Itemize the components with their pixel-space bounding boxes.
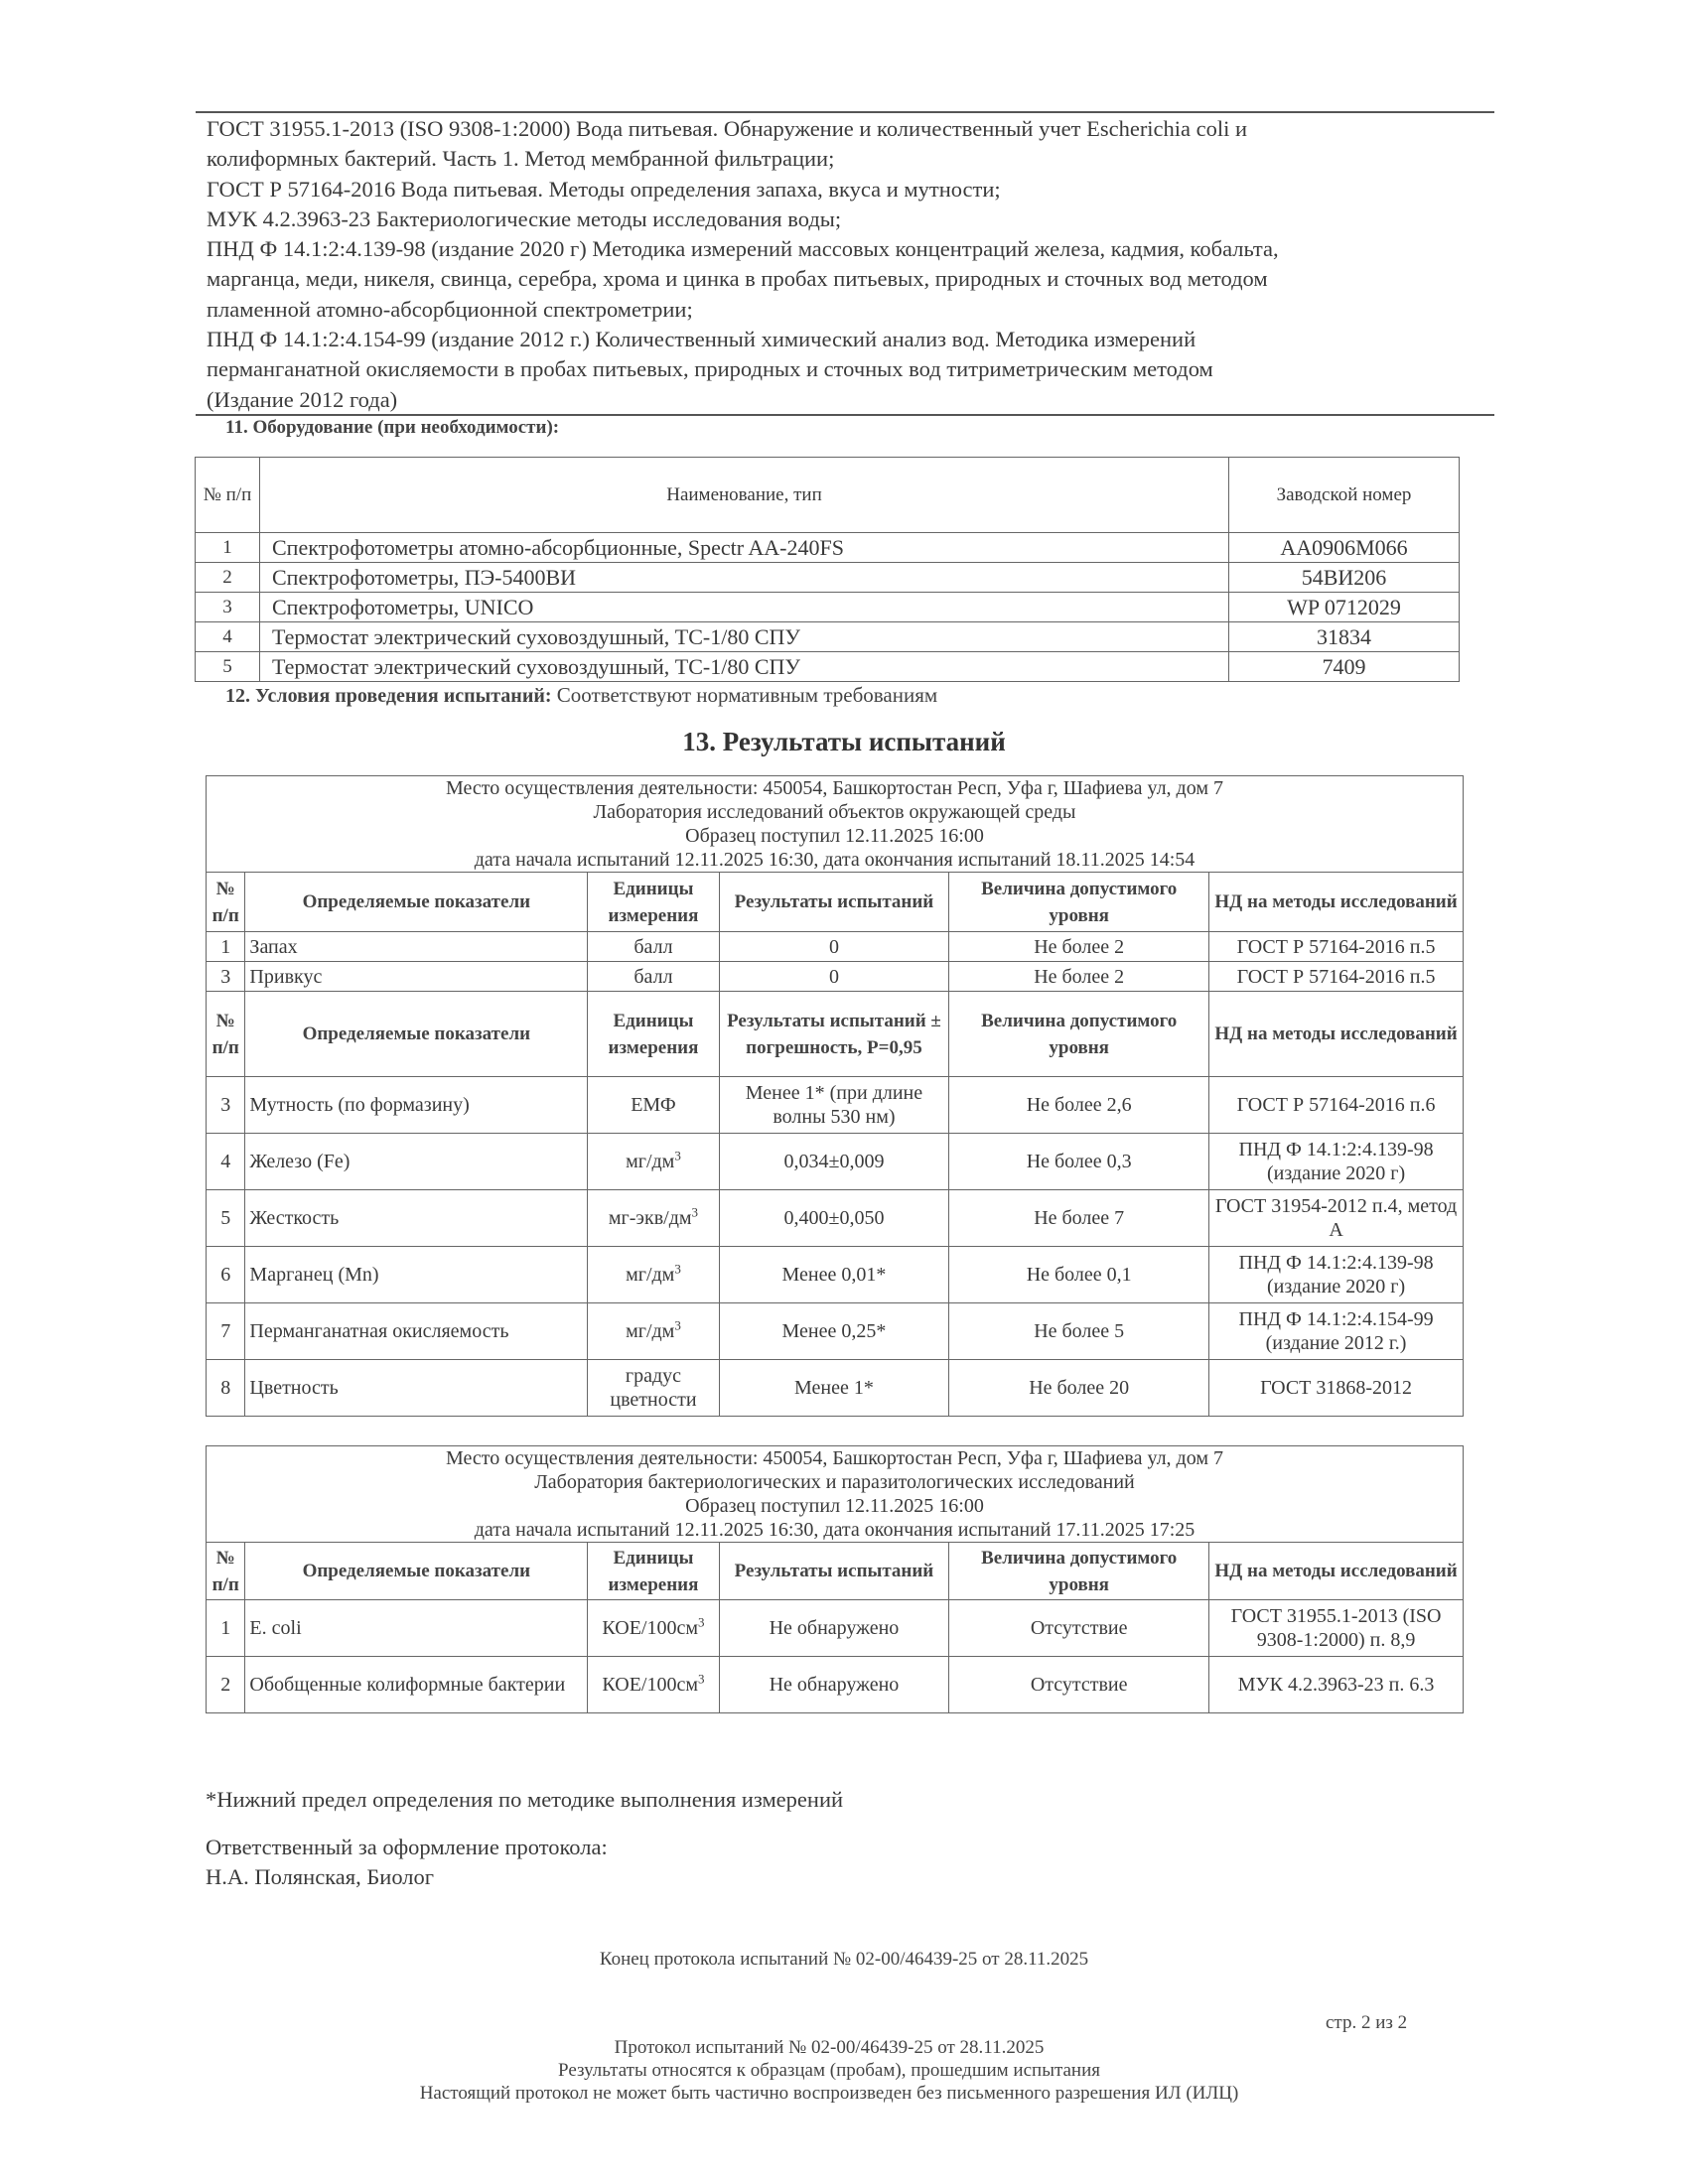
row-unit: мг/дм3 [588, 1134, 719, 1190]
row-indicator: Мутность (по формазину) [245, 1077, 588, 1134]
footer-line-1: Протокол испытаний № 02-00/46439-25 от 2… [0, 2037, 1658, 2059]
equipment-serial: AA0906M066 [1229, 533, 1460, 563]
equipment-num: 5 [196, 652, 260, 682]
lab-info: Место осуществления деятельности: 450054… [207, 1446, 1464, 1543]
lab-place: Место осуществления деятельности: 450054… [211, 776, 1459, 800]
unit-text: ЕМФ [631, 1094, 676, 1116]
equipment-row: 1Спектрофотометры атомно-абсорбционные, … [196, 533, 1460, 563]
col-unit: Единицы измерения [588, 992, 719, 1077]
lab-name: Лаборатория бактериологических и паразит… [211, 1470, 1459, 1494]
col-indicator: Определяемые показатели [245, 992, 588, 1077]
unit-text: балл [633, 936, 672, 958]
row-result: 0,400±0,050 [719, 1190, 949, 1247]
row-limit: Отсутствие [949, 1600, 1209, 1657]
lab-info-row: Место осуществления деятельности: 450054… [207, 1446, 1464, 1543]
result-row: 5Жесткостьмг-экв/дм30,400±0,050Не более … [207, 1190, 1464, 1247]
row-method: ГОСТ 31955.1-2013 (ISO 9308-1:2000) п. 8… [1209, 1600, 1464, 1657]
unit-superscript: 3 [674, 1317, 681, 1332]
normative-ref-line: ГОСТ 31955.1-2013 (ISO 9308-1:2000) Вода… [207, 114, 1487, 144]
normative-ref-line: марганца, меди, никеля, свинца, серебра,… [207, 264, 1487, 294]
row-limit: Не более 7 [949, 1190, 1209, 1247]
unit-superscript: 3 [674, 1261, 681, 1276]
header-serial: Заводской номер [1229, 458, 1460, 533]
unit-superscript: 3 [674, 1148, 681, 1162]
row-indicator: Железо (Fe) [245, 1134, 588, 1190]
equipment-name: Спектрофотометры атомно-абсорбционные, S… [260, 533, 1229, 563]
unit-text: мг/дм [626, 1320, 674, 1342]
lab-info: Место осуществления деятельности: 450054… [207, 776, 1464, 873]
col-indicator: Определяемые показатели [245, 873, 588, 932]
row-method: МУК 4.2.3963-23 п. 6.3 [1209, 1657, 1464, 1713]
row-indicator: Привкус [245, 962, 588, 992]
normative-ref-line: перманганатной окисляемости в пробах пит… [207, 354, 1487, 384]
row-limit: Не более 5 [949, 1303, 1209, 1360]
results-table-2: Место осуществления деятельности: 450054… [206, 1445, 1464, 1713]
unit-text: мг/дм [626, 1264, 674, 1286]
refs-bottom-rule [196, 414, 1494, 416]
row-limit: Не более 0,3 [949, 1134, 1209, 1190]
equipment-serial: 7409 [1229, 652, 1460, 682]
row-result: Менее 0,01* [719, 1247, 949, 1303]
section-12-label: 12. Условия проведения испытаний: [225, 685, 552, 707]
row-unit: балл [588, 932, 719, 962]
col-method: НД на методы исследований [1209, 992, 1464, 1077]
row-unit: мг-экв/дм3 [588, 1190, 719, 1247]
row-limit: Отсутствие [949, 1657, 1209, 1713]
row-limit: Не более 2,6 [949, 1077, 1209, 1134]
unit-text: КОЕ/100см [602, 1617, 698, 1639]
equipment-row: 3Спектрофотометры, UNICOWP 0712029 [196, 593, 1460, 622]
unit-superscript: 3 [698, 1614, 705, 1629]
equipment-name: Спектрофотометры, ПЭ-5400ВИ [260, 563, 1229, 593]
row-num: 7 [207, 1303, 245, 1360]
header-num: № п/п [196, 458, 260, 533]
sample-received: Образец поступил 12.11.2025 16:00 [211, 1494, 1459, 1518]
test-dates: дата начала испытаний 12.11.2025 16:30, … [211, 848, 1459, 872]
col-result: Результаты испытаний ± погрешность, Р=0,… [719, 992, 949, 1077]
equipment-serial: 54ВИ206 [1229, 563, 1460, 593]
row-method: ГОСТ 31868-2012 [1209, 1360, 1464, 1417]
responsible-label: Ответственный за оформление протокола: [206, 1835, 608, 1860]
row-indicator: Жесткость [245, 1190, 588, 1247]
row-num: 8 [207, 1360, 245, 1417]
row-unit: ЕМФ [588, 1077, 719, 1134]
row-unit: КОЕ/100см3 [588, 1600, 719, 1657]
row-result: 0,034±0,009 [719, 1134, 949, 1190]
result-row: 8Цветностьградус цветностиМенее 1*Не бол… [207, 1360, 1464, 1417]
row-num: 1 [207, 1600, 245, 1657]
footer-line-2: Результаты относятся к образцам (пробам)… [0, 2060, 1658, 2082]
row-num: 1 [207, 932, 245, 962]
section-11-heading: 11. Оборудование (при необходимости): [225, 417, 559, 438]
row-limit: Не более 20 [949, 1360, 1209, 1417]
equipment-num: 3 [196, 593, 260, 622]
col-method: НД на методы исследований [1209, 873, 1464, 932]
row-method: ГОСТ Р 57164-2016 п.5 [1209, 962, 1464, 992]
row-unit: КОЕ/100см3 [588, 1657, 719, 1713]
row-indicator: Цветность [245, 1360, 588, 1417]
col-result: Результаты испытаний [719, 1543, 949, 1600]
equipment-row: 2Спектрофотометры, ПЭ-5400ВИ54ВИ206 [196, 563, 1460, 593]
result-row: 1Запахбалл0Не более 2ГОСТ Р 57164-2016 п… [207, 932, 1464, 962]
col-unit: Единицы измерения [588, 1543, 719, 1600]
row-indicator: E. coli [245, 1600, 588, 1657]
equipment-name: Термостат электрический суховоздушный, Т… [260, 622, 1229, 652]
row-indicator: Перманганатная окисляемость [245, 1303, 588, 1360]
equipment-row: 4Термостат электрический суховоздушный, … [196, 622, 1460, 652]
header-name: Наименование, тип [260, 458, 1229, 533]
equipment-table: № п/п Наименование, тип Заводской номер … [195, 457, 1460, 682]
equipment-num: 2 [196, 563, 260, 593]
row-num: 5 [207, 1190, 245, 1247]
col-unit: Единицы измерения [588, 873, 719, 932]
normative-references: ГОСТ 31955.1-2013 (ISO 9308-1:2000) Вода… [207, 114, 1487, 415]
row-num: 2 [207, 1657, 245, 1713]
normative-ref-line: ГОСТ Р 57164-2016 Вода питьевая. Методы … [207, 175, 1487, 205]
equipment-num: 4 [196, 622, 260, 652]
unit-superscript: 3 [692, 1204, 699, 1219]
row-method: ГОСТ 31954-2012 п.4, метод А [1209, 1190, 1464, 1247]
unit-text: КОЕ/100см [602, 1674, 698, 1696]
results-header-row: № п/пОпределяемые показателиЕдиницы изме… [207, 1543, 1464, 1600]
row-method: ПНД Ф 14.1:2:4.154-99 (издание 2012 г.) [1209, 1303, 1464, 1360]
row-num: 4 [207, 1134, 245, 1190]
row-method: ГОСТ Р 57164-2016 п.6 [1209, 1077, 1464, 1134]
col-num: № п/п [207, 1543, 245, 1600]
col-num: № п/п [207, 873, 245, 932]
row-result: 0 [719, 932, 949, 962]
unit-text: мг/дм [626, 1151, 674, 1172]
lab-place: Место осуществления деятельности: 450054… [211, 1446, 1459, 1470]
footnote: *Нижний предел определения по методике в… [206, 1787, 843, 1813]
section-12: 12. Условия проведения испытаний: Соотве… [225, 683, 937, 708]
row-unit: мг/дм3 [588, 1247, 719, 1303]
row-result: Менее 0,25* [719, 1303, 949, 1360]
row-num: 3 [207, 1077, 245, 1134]
results-header-row: № п/пОпределяемые показателиЕдиницы изме… [207, 873, 1464, 932]
result-row: 4Железо (Fe)мг/дм30,034±0,009Не более 0,… [207, 1134, 1464, 1190]
section-12-value: Соответствуют нормативным требованиям [552, 683, 938, 707]
result-row: 3Привкусбалл0Не более 2ГОСТ Р 57164-2016… [207, 962, 1464, 992]
footer-line-3: Настоящий протокол не может быть частичн… [0, 2083, 1658, 2105]
row-method: ПНД Ф 14.1:2:4.139-98 (издание 2020 г) [1209, 1134, 1464, 1190]
row-num: 3 [207, 962, 245, 992]
row-limit: Не более 2 [949, 932, 1209, 962]
test-dates: дата начала испытаний 12.11.2025 16:30, … [211, 1518, 1459, 1542]
sample-received: Образец поступил 12.11.2025 16:00 [211, 824, 1459, 848]
lab-name: Лаборатория исследований объектов окружа… [211, 800, 1459, 824]
col-limit: Величина допустимого уровня [949, 992, 1209, 1077]
col-indicator: Определяемые показатели [245, 1543, 588, 1600]
col-method: НД на методы исследований [1209, 1543, 1464, 1600]
results-header-row: № п/пОпределяемые показателиЕдиницы изме… [207, 992, 1464, 1077]
top-rule [196, 111, 1494, 113]
row-result: Менее 1* [719, 1360, 949, 1417]
unit-text: градус цветности [610, 1365, 696, 1411]
row-unit: градус цветности [588, 1360, 719, 1417]
normative-ref-line: колиформных бактерий. Часть 1. Метод мем… [207, 144, 1487, 174]
result-row: 1E. coliКОЕ/100см3Не обнаруженоОтсутстви… [207, 1600, 1464, 1657]
row-result: Не обнаружено [719, 1600, 949, 1657]
equipment-name: Спектрофотометры, UNICO [260, 593, 1229, 622]
equipment-num: 1 [196, 533, 260, 563]
unit-superscript: 3 [698, 1671, 705, 1686]
equipment-name: Термостат электрический суховоздушный, Т… [260, 652, 1229, 682]
end-of-protocol: Конец протокола испытаний № 02-00/46439-… [0, 1949, 1688, 1971]
col-limit: Величина допустимого уровня [949, 873, 1209, 932]
row-limit: Не более 0,1 [949, 1247, 1209, 1303]
normative-ref-line: (Издание 2012 года) [207, 385, 1487, 415]
equipment-serial: 31834 [1229, 622, 1460, 652]
row-num: 6 [207, 1247, 245, 1303]
row-unit: мг/дм3 [588, 1303, 719, 1360]
row-method: ПНД Ф 14.1:2:4.139-98 (издание 2020 г) [1209, 1247, 1464, 1303]
result-row: 6Марганец (Mn)мг/дм3Менее 0,01*Не более … [207, 1247, 1464, 1303]
unit-text: балл [633, 966, 672, 988]
row-limit: Не более 2 [949, 962, 1209, 992]
row-result: Не обнаружено [719, 1657, 949, 1713]
row-indicator: Запах [245, 932, 588, 962]
row-result: Менее 1* (при длине волны 530 нм) [719, 1077, 949, 1134]
row-unit: балл [588, 962, 719, 992]
equipment-serial: WP 0712029 [1229, 593, 1460, 622]
responsible-person: Н.А. Полянская, Биолог [206, 1864, 434, 1890]
result-row: 2Обобщенные колиформные бактерииКОЕ/100с… [207, 1657, 1464, 1713]
row-method: ГОСТ Р 57164-2016 п.5 [1209, 932, 1464, 962]
normative-ref-line: МУК 4.2.3963-23 Бактериологические метод… [207, 205, 1487, 234]
col-num: № п/п [207, 992, 245, 1077]
unit-text: мг-экв/дм [609, 1207, 692, 1229]
normative-ref-line: пламенной атомно-абсорбционной спектроме… [207, 295, 1487, 325]
normative-ref-line: ПНД Ф 14.1:2:4.139-98 (издание 2020 г) М… [207, 234, 1487, 264]
col-limit: Величина допустимого уровня [949, 1543, 1209, 1600]
equipment-header-row: № п/п Наименование, тип Заводской номер [196, 458, 1460, 533]
result-row: 3Мутность (по формазину)ЕМФМенее 1* (при… [207, 1077, 1464, 1134]
result-row: 7Перманганатная окисляемостьмг/дм3Менее … [207, 1303, 1464, 1360]
page-number: стр. 2 из 2 [1326, 2012, 1407, 2034]
lab-info-row: Место осуществления деятельности: 450054… [207, 776, 1464, 873]
section-11-title: 11. Оборудование (при необходимости): [225, 417, 559, 439]
row-result: 0 [719, 962, 949, 992]
row-indicator: Марганец (Mn) [245, 1247, 588, 1303]
equipment-row: 5Термостат электрический суховоздушный, … [196, 652, 1460, 682]
section-13-title: 13. Результаты испытаний [0, 727, 1688, 757]
col-result: Результаты испытаний [719, 873, 949, 932]
normative-ref-line: ПНД Ф 14.1:2:4.154-99 (издание 2012 г.) … [207, 325, 1487, 354]
results-table-1: Место осуществления деятельности: 450054… [206, 775, 1464, 1417]
row-indicator: Обобщенные колиформные бактерии [245, 1657, 588, 1713]
